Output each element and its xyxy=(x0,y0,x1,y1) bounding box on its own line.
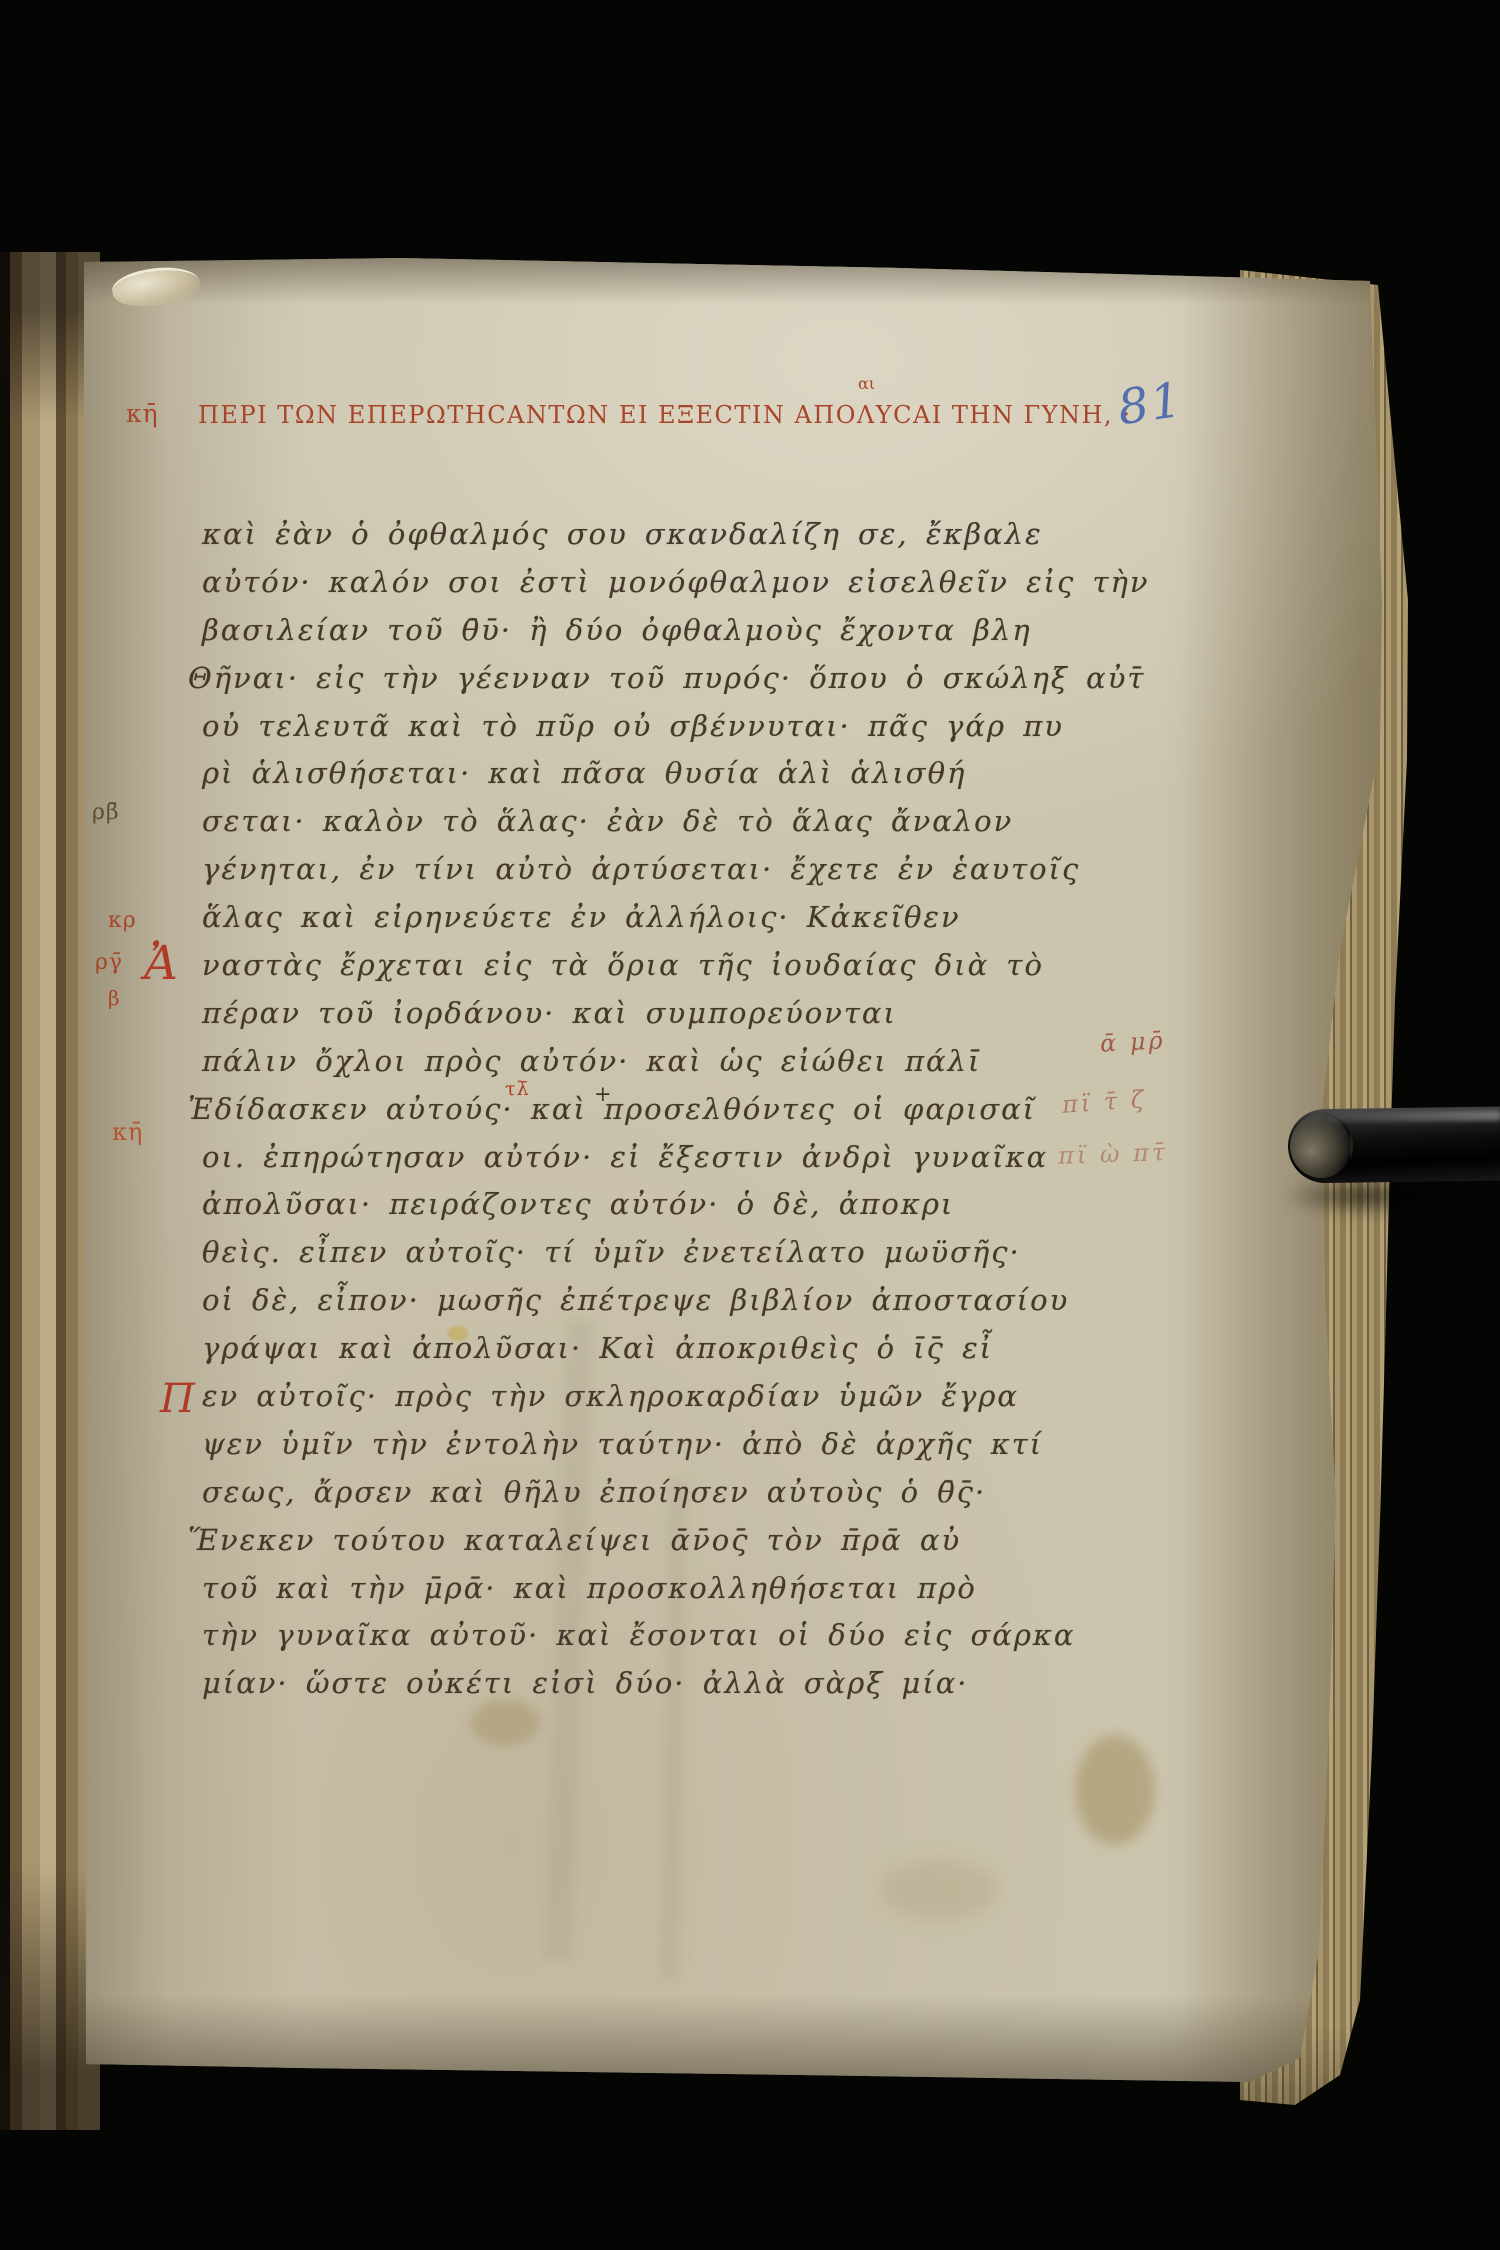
text-line: ρὶ ἁλισθήσεται· καὶ πᾶσα θυσία ἁλὶ ἁλισθ… xyxy=(202,750,1082,798)
right-margin-note: πϊ τ̄ ζ xyxy=(1061,1085,1147,1119)
kephalaion-title: ΠΕΡΙ ΤΩΝ ΕΠΕΡΩΤΗСΑΝΤΩΝ ΕΙ ΕΞΕСΤΙΝ ΑΠΟΛΥС… xyxy=(198,401,1132,429)
text-line: ἅλας καὶ εἰρηνεύετε ἐν ἀλλήλοις· Κἀκεῖθε… xyxy=(202,894,1082,942)
page-bottom-shadow xyxy=(84,1995,1334,2085)
manuscript-photo: κη̄ ΠΕΡΙ ΤΩΝ ΕΠΕΡΩΤΗСΑΝΤΩΝ ΕΙ ΕΞΕСΤΙΝ ΑΠ… xyxy=(0,0,1500,2250)
text-line: καὶ ἐὰν ὁ ὀφθαλμός σου σκανδαλίζη σε, ἔκ… xyxy=(202,511,1082,559)
text-line: ἀπολῦσαι· πειράζοντες αὐτόν· ὁ δὲ, ἀποκρ… xyxy=(202,1181,1082,1229)
margin-note-kr: κρ xyxy=(108,908,137,933)
text-line: Ἕνεκεν τούτου καταλείψει ᾱν̄ος̄ τὸν π̄ρᾱ… xyxy=(188,1517,1082,1565)
text-line: εν αὐτοῖς· πρὸς τὴν σκληροκαρδίαν ὑμῶν ἔ… xyxy=(202,1373,1082,1421)
text-line: Θῆναι· εἰς τὴν γέενναν τοῦ πυρός· ὅπου ὁ… xyxy=(188,655,1082,703)
text-line: σεως, ἄρσεν καὶ θῆλυ ἐποίησεν αὐτοὺς ὁ θ… xyxy=(202,1469,1082,1517)
text-line: τοῦ καὶ τὴν μ̄ρᾱ· καὶ προσκολληθήσεται π… xyxy=(202,1565,1082,1613)
text-line: ναστὰς ἔρχεται εἰς τὰ ὅρια τῆς ἰουδαίας … xyxy=(202,942,1082,990)
margin-section-number-rg: ργ̄ xyxy=(95,950,123,975)
lectionary-mark-red: τλ̄ xyxy=(505,1078,530,1100)
text-line: πάλιν ὄχλοι πρὸς αὐτόν· καὶ ὡς εἰώθει πά… xyxy=(202,1038,1082,1086)
text-line: ψεν ὑμῖν τὴν ἐντολὴν ταύτην· ἀπὸ δὲ ἀρχῆ… xyxy=(202,1421,1082,1469)
kephalaion-title-superscript: αι xyxy=(858,374,875,393)
text-line: οὐ τελευτᾶ καὶ τὸ πῦρ οὐ σβέννυται· πᾶς … xyxy=(202,703,1082,751)
text-line: οι. ἐπηρώτησαν αὐτόν· εἰ ἔξεστιν ἀνδρὶ γ… xyxy=(202,1134,1082,1182)
rod-specular-highlight xyxy=(1328,1111,1500,1123)
text-line: σεται· καλὸν τὸ ἅλας· ἐὰν δὲ τὸ ἅλας ἄνα… xyxy=(202,798,1082,846)
rubric-initial-alpha: Ἀ xyxy=(144,936,178,991)
text-line: θεὶς. εἶπεν αὐτοῖς· τί ὑμῖν ἐνετείλατο μ… xyxy=(202,1229,1082,1277)
folio-number: 81 xyxy=(1114,372,1186,437)
glass-page-weight-rod xyxy=(1287,1106,1500,1183)
margin-chapter-number-kh: κη̄ xyxy=(112,1118,143,1146)
text-line: μίαν· ὥστε οὐκέτι εἰσὶ δύο· ἀλλὰ σὰρξ μί… xyxy=(202,1660,1082,1708)
text-line: Ἐδίδασκεν αὐτούς· καὶ προσελθόντες οἱ φα… xyxy=(188,1086,1082,1134)
parchment-stain xyxy=(1075,1735,1155,1845)
text-line: αὐτόν· καλόν σοι ἐστὶ μονόφθαλμον εἰσελθ… xyxy=(202,559,1082,607)
rubric-initial-pi: Π xyxy=(160,1376,195,1422)
lectionary-cross-mark: + xyxy=(594,1082,612,1106)
text-line: τὴν γυναῖκα αὐτοῦ· καὶ ἔσονται οἱ δύο εἰ… xyxy=(202,1612,1082,1660)
right-margin-note: πϊ ὼ πτ̄ xyxy=(1058,1138,1169,1170)
kephalaion-number: κη̄ xyxy=(126,399,159,428)
right-margin-note: ᾱ μρ̄ xyxy=(1099,1026,1166,1057)
text-line: γένηται, ἐν τίνι αὐτὸ ἀρτύσεται· ἔχετε ἐ… xyxy=(202,846,1082,894)
margin-canon-number: β xyxy=(108,986,121,1010)
rod-rounded-tip xyxy=(1290,1114,1354,1179)
text-block: καὶ ἐὰν ὁ ὀφθαλμός σου σκανδαλίζη σε, ἔκ… xyxy=(202,511,1082,1708)
parchment-stain xyxy=(880,1860,1000,1920)
text-line: γράψαι καὶ ἀπολῦσαι· Καὶ ἀποκριθεὶς ὁ ῑς… xyxy=(202,1325,1082,1373)
text-line: οἱ δὲ, εἶπον· μωσῆς ἐπέτρεψε βιβλίον ἀπο… xyxy=(202,1277,1082,1325)
text-line: πέραν τοῦ ἰορδάνου· καὶ συμπορεύονται xyxy=(202,990,1082,1038)
text-line: βασιλείαν τοῦ θ̄ῡ· ἢ δύο ὀφθαλμοὺς ἔχοντ… xyxy=(202,607,1082,655)
margin-section-number-rb: ρβ̄ xyxy=(92,800,120,825)
